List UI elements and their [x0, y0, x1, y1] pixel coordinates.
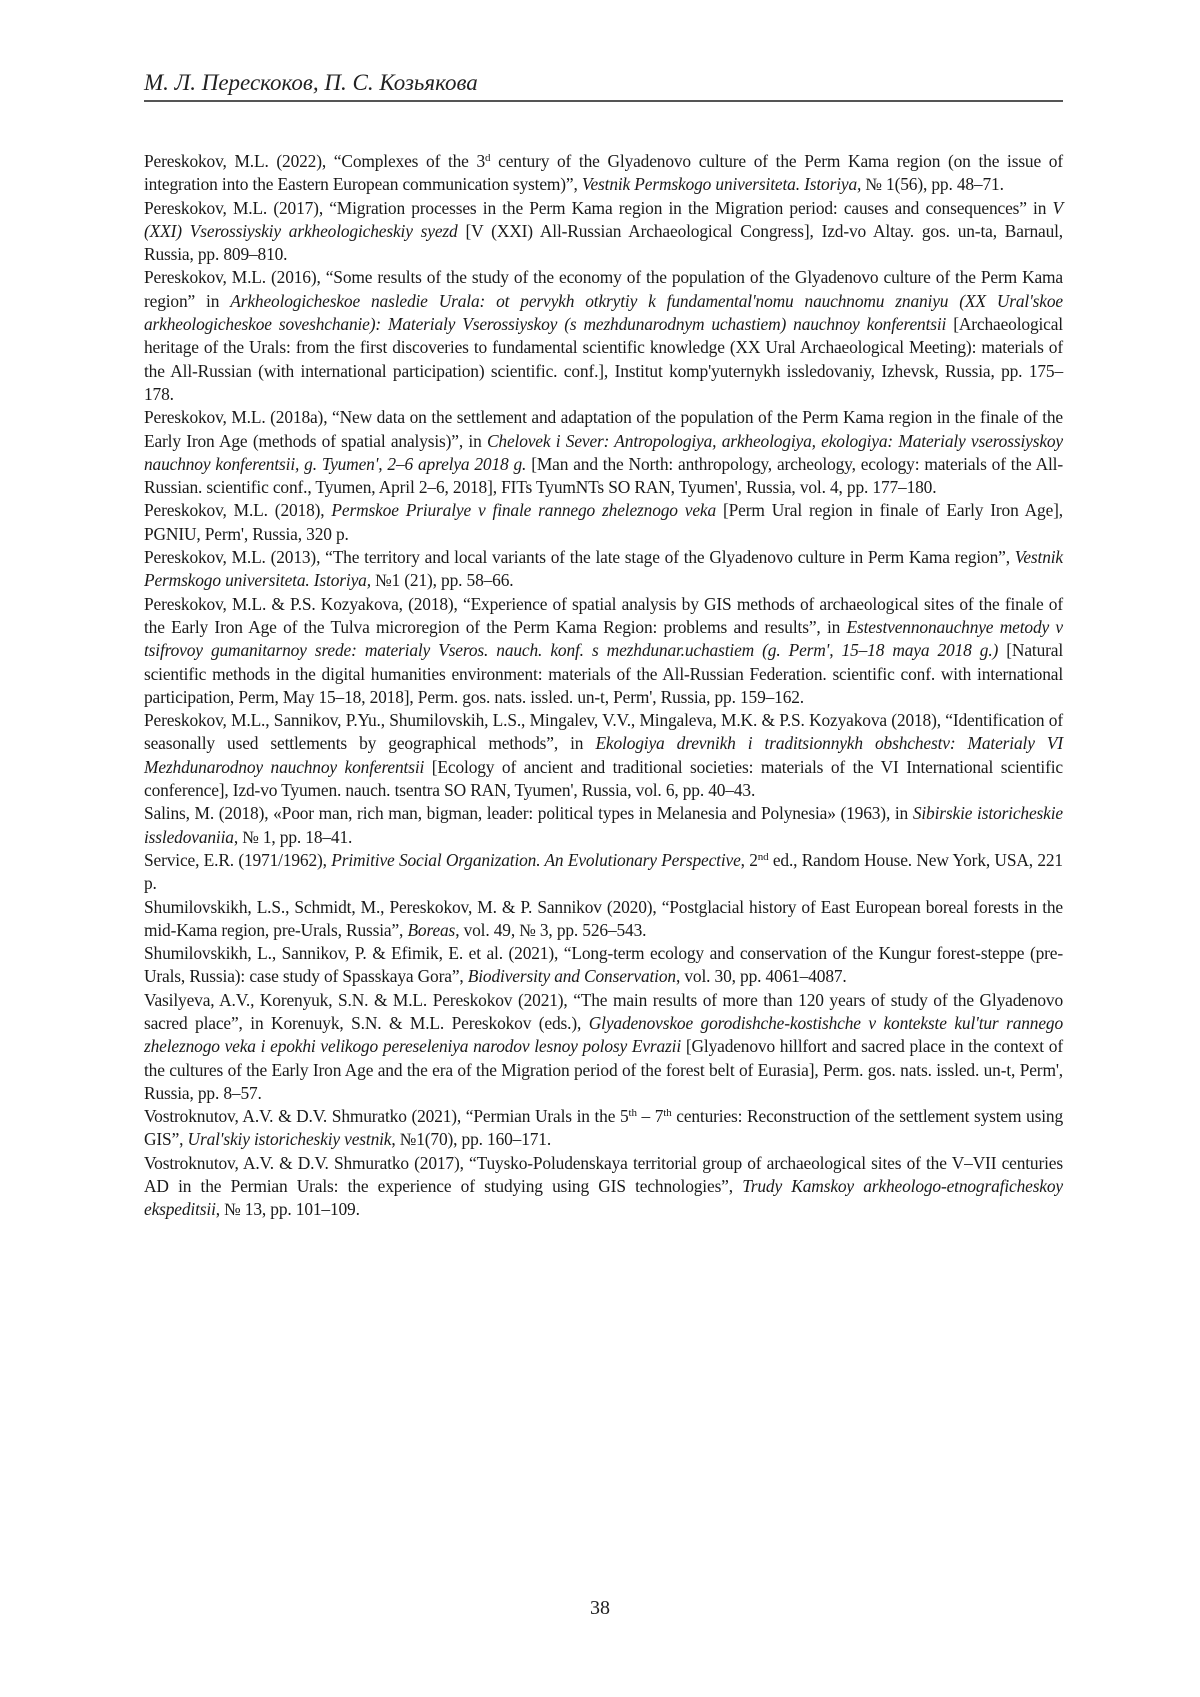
reference-title-italic: Vestnik Permskogo universiteta. Istoriya… — [582, 174, 861, 194]
reference-entry: Pereskokov, M.L., Sannikov, P.Yu., Shumi… — [144, 709, 1063, 802]
ordinal-superscript: th — [629, 1107, 637, 1119]
reference-text: Pereskokov, M.L. (2022), “Complexes of t… — [144, 151, 485, 171]
reference-text: Salins, M. (2018), «Poor man, rich man, … — [144, 803, 913, 823]
reference-text: , №1(70), pp. 160–171. — [391, 1129, 551, 1149]
reference-title-italic: Primitive Social Organization. An Evolut… — [331, 850, 740, 870]
reference-entry: Pereskokov, M.L. (2018a), “New data on t… — [144, 406, 1063, 499]
reference-entry: Pereskokov, M.L. (2013), “The territory … — [144, 546, 1063, 593]
header-rule-divider — [144, 100, 1063, 102]
reference-entry: Vasilyeva, A.V., Korenyuk, S.N. & M.L. P… — [144, 989, 1063, 1105]
reference-text: Service, E.R. (1971/1962), — [144, 850, 331, 870]
reference-text: , № 1, pp. 18–41. — [234, 827, 352, 847]
reference-text: , 2 — [741, 850, 758, 870]
reference-text: №1 (21), pp. 58–66. — [371, 570, 514, 590]
reference-text: Pereskokov, M.L. (2013), “The territory … — [144, 547, 1015, 567]
reference-entry: Pereskokov, M.L. (2022), “Complexes of t… — [144, 150, 1063, 197]
reference-entry: Vostroknutov, A.V. & D.V. Shmuratko (202… — [144, 1105, 1063, 1152]
reference-entry: Shumilovskikh, L.S., Schmidt, M., Peresk… — [144, 896, 1063, 943]
reference-entry: Pereskokov, M.L. (2017), “Migration proc… — [144, 197, 1063, 267]
reference-entry: Pereskokov, M.L. (2018), Permskoe Priura… — [144, 499, 1063, 546]
reference-title-italic: Boreas — [407, 920, 455, 940]
reference-title-italic: Permskoe Priuralye v finale rannego zhel… — [331, 500, 716, 520]
reference-entry: Service, E.R. (1971/1962), Primitive Soc… — [144, 849, 1063, 896]
page-number: 38 — [0, 1597, 1200, 1620]
reference-list: Pereskokov, M.L. (2022), “Complexes of t… — [144, 150, 1063, 1222]
reference-entry: Vostroknutov, A.V. & D.V. Shmuratko (201… — [144, 1152, 1063, 1222]
reference-title-italic: Arkheologicheskoe nasledie Urala: ot per… — [144, 291, 1063, 334]
reference-text: Vostroknutov, A.V. & D.V. Shmuratko (202… — [144, 1106, 629, 1126]
reference-text: № 1(56), pp. 48–71. — [861, 174, 1004, 194]
document-page: М. Л. Перескоков, П. С. Козьякова Peresk… — [0, 0, 1200, 1697]
reference-text: , vol. 49, № 3, pp. 526–543. — [455, 920, 646, 940]
reference-title-italic: Ural'skiy istoricheskiy vestnik — [188, 1129, 392, 1149]
reference-entry: Pereskokov, M.L. (2016), “Some results o… — [144, 266, 1063, 406]
running-head-authors: М. Л. Перескоков, П. С. Козьякова — [144, 70, 1063, 96]
reference-entry: Shumilovskikh, L., Sannikov, P. & Efimik… — [144, 942, 1063, 989]
reference-text: , vol. 30, pp. 4061–4087. — [676, 966, 847, 986]
reference-entry: Pereskokov, M.L. & P.S. Kozyakova, (2018… — [144, 593, 1063, 709]
reference-entry: Salins, M. (2018), «Poor man, rich man, … — [144, 802, 1063, 849]
reference-text: – 7 — [637, 1106, 663, 1126]
ordinal-superscript: th — [663, 1107, 671, 1119]
reference-text: Pereskokov, M.L. (2017), “Migration proc… — [144, 198, 1053, 218]
reference-title-italic: Biodiversity and Conservation — [468, 966, 676, 986]
ordinal-superscript: nd — [758, 851, 769, 863]
reference-text: , № 13, pp. 101–109. — [216, 1199, 360, 1219]
reference-text: Pereskokov, M.L. (2018), — [144, 500, 331, 520]
